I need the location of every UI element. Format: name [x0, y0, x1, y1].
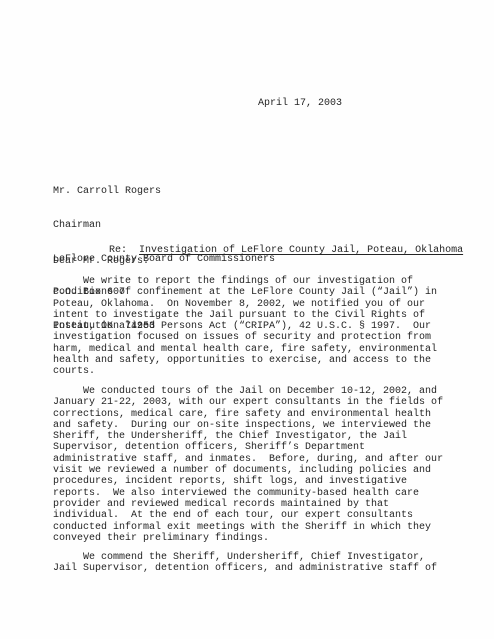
salutation: Dear Mr. Rogers:	[53, 256, 149, 267]
body-paragraph-2: We conducted tours of the Jail on Decemb…	[53, 386, 443, 544]
letter-date: April 17, 2003	[258, 98, 342, 109]
re-subject: Investigation of LeFlore County Jail, Po…	[139, 245, 463, 256]
letter-page: April 17, 2003 Mr. Carroll Rogers Chairm…	[0, 0, 494, 639]
re-label: Re:	[109, 245, 127, 256]
recipient-name: Mr. Carroll Rogers	[53, 186, 275, 197]
recipient-title: Chairman	[53, 220, 275, 231]
body-paragraph-3: We commend the Sheriff, Undersheriff, Ch…	[53, 552, 437, 575]
body-paragraph-1: We write to report the findings of our i…	[53, 276, 437, 378]
